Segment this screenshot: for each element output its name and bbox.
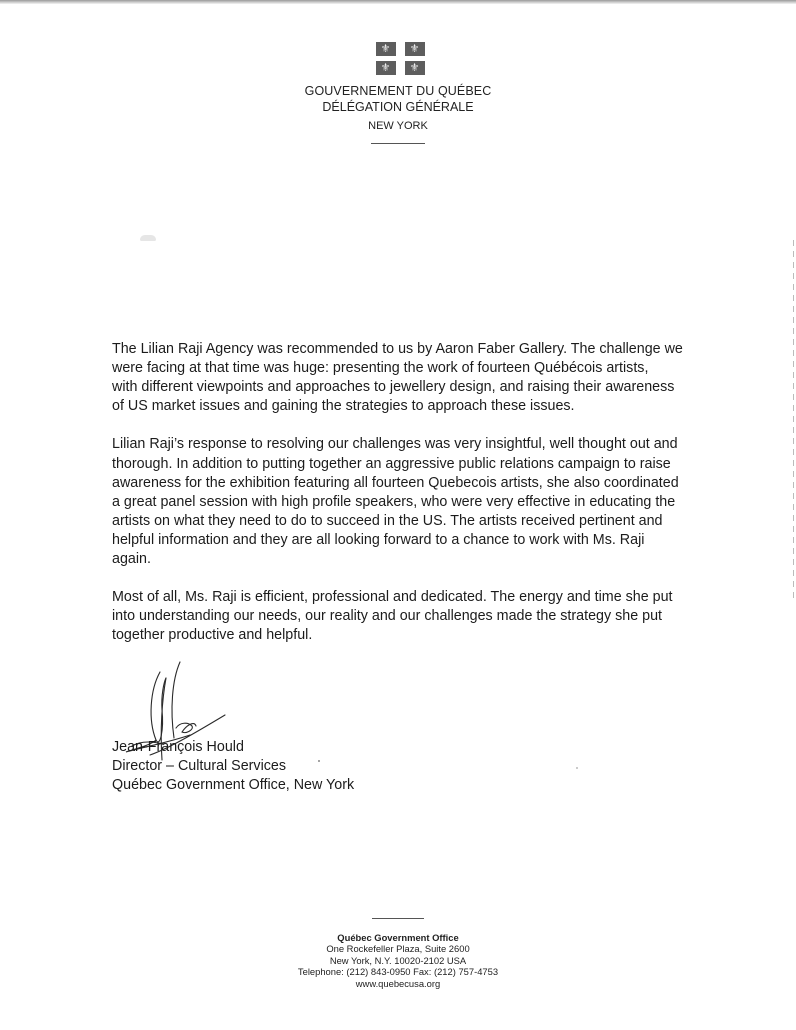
signer-office: Québec Government Office, New York	[112, 776, 354, 795]
footer-divider	[372, 918, 424, 919]
scan-smudge	[140, 235, 156, 241]
fleurdelise-flag-icon: ⚜	[376, 42, 396, 56]
footer-address-line1: One Rockefeller Plaza, Suite 2600	[0, 943, 796, 954]
footer-office-name: Québec Government Office	[0, 932, 796, 943]
fleurdelise-flag-icon: ⚜	[376, 61, 396, 75]
footer-address-line2: New York, N.Y. 10020-2102 USA	[0, 955, 796, 966]
letter-footer: Québec Government Office One Rockefeller…	[0, 918, 796, 989]
scan-edge-artifact	[0, 0, 796, 4]
footer-phone-fax: Telephone: (212) 843-0950 Fax: (212) 757…	[0, 966, 796, 977]
scan-speck	[318, 760, 320, 762]
signer-name: Jean-François Hould	[112, 738, 354, 757]
scan-speck	[576, 767, 578, 769]
paragraph-summary: Most of all, Ms. Raji is efficient, prof…	[112, 588, 752, 645]
scan-margin-artifact	[793, 240, 794, 600]
signature-block: Jean-François Hould Director – Cultural …	[112, 738, 354, 795]
footer-website-link[interactable]: www.quebecusa.org	[0, 978, 796, 989]
fleurdelise-flag-icon: ⚜	[405, 42, 425, 56]
delegation-city: NEW YORK	[0, 119, 796, 133]
letter-body: The Lilian Raji Agency was recommended t…	[112, 340, 752, 665]
letterhead-divider	[371, 143, 425, 144]
letterhead: ⚜ ⚜ ⚜ ⚜ GOUVERNEMENT DU QUÉBEC DÉLÉGATIO…	[0, 42, 796, 144]
fleurdelise-flag-icon: ⚜	[405, 61, 425, 75]
paragraph-recommendation: The Lilian Raji Agency was recommended t…	[112, 340, 752, 416]
delegation-name: DÉLÉGATION GÉNÉRALE	[0, 99, 796, 115]
paragraph-response: Lilian Raji’s response to resolving our …	[112, 435, 752, 569]
government-name: GOUVERNEMENT DU QUÉBEC	[0, 83, 796, 99]
quebec-emblem: ⚜ ⚜ ⚜ ⚜	[4, 42, 796, 75]
